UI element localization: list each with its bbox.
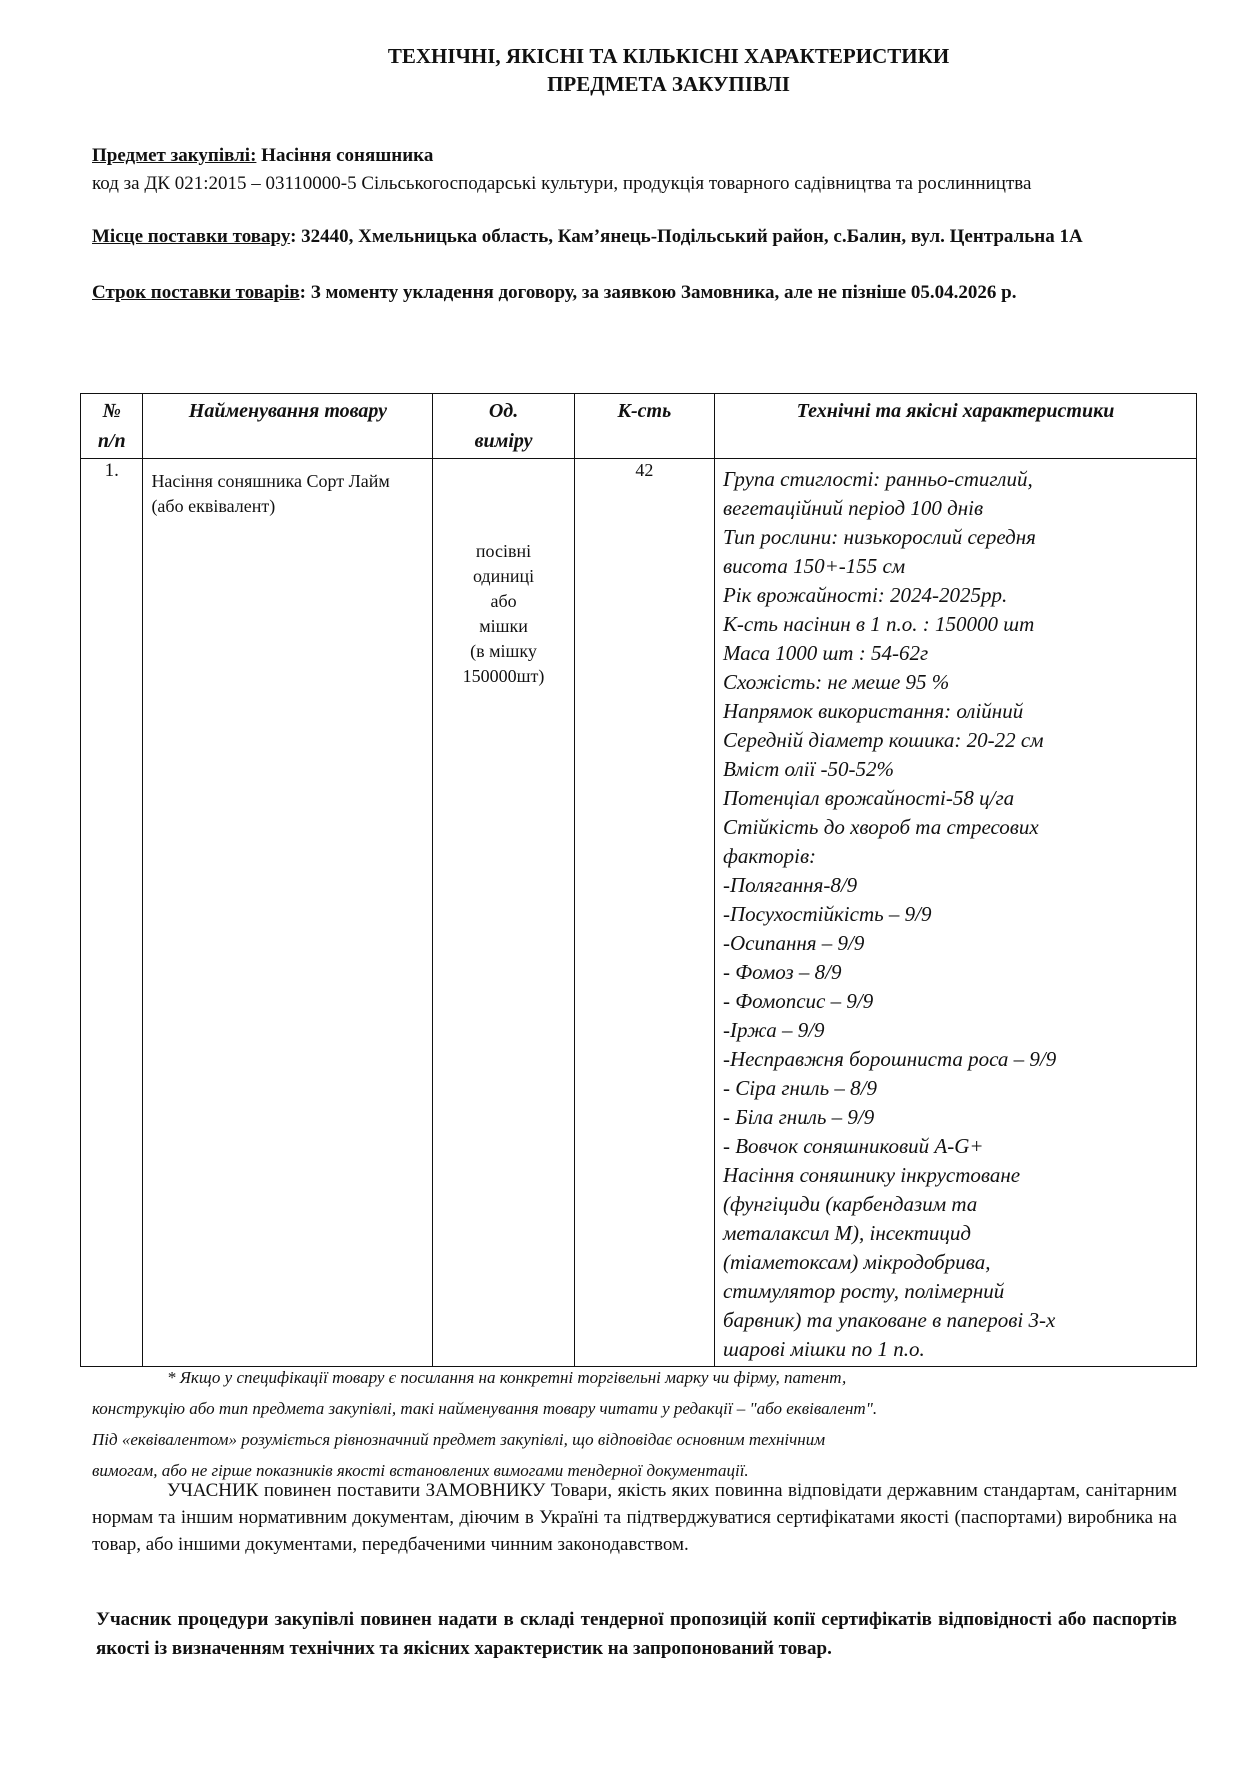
unit-line: або (434, 589, 572, 614)
unit-line: мішки (434, 614, 572, 639)
title-line-1: ТЕХНІЧНІ, ЯКІСНІ ТА КІЛЬКІСНІ ХАРАКТЕРИС… (80, 42, 1257, 70)
unit-of-measure: посівніодиниціабомішки(в мішку150000шт) (433, 459, 574, 1367)
spec-line: -Осипання – 9/9 (723, 929, 1190, 958)
spec-line: (тіаметоксам) мікродобрива, (723, 1248, 1190, 1277)
equivalent-footnote: * Якщо у специфікації товару є посилання… (92, 1362, 1182, 1486)
participant-requirements: УЧАСНИК повинен поставити ЗАМОВНИКУ Това… (92, 1477, 1177, 1558)
spec-line: стимулятор росту, полімерний (723, 1277, 1190, 1306)
row-number: 1. (81, 459, 143, 1367)
specification-table: № п/п Найменування товару Од. виміру К-с… (80, 393, 1197, 1367)
spec-line: Рік врожайності: 2024-2025рр. (723, 581, 1190, 610)
spec-line: (фунгіциди (карбендазим та (723, 1190, 1190, 1219)
spec-line: - Вовчок соняшниковий A-G+ (723, 1132, 1190, 1161)
spec-line: -Полягання-8/9 (723, 871, 1190, 900)
spec-line: Вміст олії -50-52% (723, 755, 1190, 784)
spec-line: -Іржа – 9/9 (723, 1016, 1190, 1045)
unit-line: 150000шт) (434, 664, 572, 689)
header-unit: Од. виміру (433, 394, 574, 459)
delivery-place-label: Місце поставки товару (92, 226, 290, 247)
footnote-line-1: * Якщо у специфікації товару є посилання… (92, 1362, 1182, 1393)
spec-line: Середній діаметр кошика: 20-22 см (723, 726, 1190, 755)
spec-line: Насіння соняшнику інкрустоване (723, 1161, 1190, 1190)
spec-line: факторів: (723, 842, 1190, 871)
specification-details: Група стиглості: ранньо-стиглий,вегетаці… (714, 459, 1196, 1367)
spec-line: Маса 1000 шт : 54-62г (723, 639, 1190, 668)
document-title: ТЕХНІЧНІ, ЯКІСНІ ТА КІЛЬКІСНІ ХАРАКТЕРИС… (0, 42, 1257, 98)
unit-line: посівні (434, 539, 572, 564)
spec-line: шарові мішки по 1 п.о. (723, 1335, 1190, 1364)
unit-line: одиниці (434, 564, 572, 589)
spec-line: висота 150+-155 см (723, 552, 1190, 581)
delivery-term-value: : З моменту укладення договору, за заявк… (300, 282, 1017, 303)
subject-label: Предмет закупівлі: (92, 145, 256, 166)
header-quantity: К-сть (574, 394, 714, 459)
spec-line: К-сть насінин в 1 п.о. : 150000 шт (723, 610, 1190, 639)
delivery-term-label: Строк поставки товарів (92, 282, 300, 303)
unit-line: (в мішку (434, 639, 572, 664)
table-row: 1. Насіння соняшника Сорт Лайм (або екві… (81, 459, 1197, 1367)
table-header-row: № п/п Найменування товару Од. виміру К-с… (81, 394, 1197, 459)
delivery-place: Місце поставки товару: 32440, Хмельницьк… (92, 223, 1177, 251)
quantity: 42 (574, 459, 714, 1367)
footnote-line-2: конструкцію або тип предмета закупівлі, … (92, 1393, 1182, 1424)
spec-line: металаксил М), інсектицид (723, 1219, 1190, 1248)
spec-line: барвник) та упаковане в паперові 3-х (723, 1306, 1190, 1335)
spec-line: Напрямок використання: олійний (723, 697, 1190, 726)
spec-line: Потенціал врожайності-58 ц/га (723, 784, 1190, 813)
spec-line: -Посухостійкість – 9/9 (723, 900, 1190, 929)
spec-line: - Фомоз – 8/9 (723, 958, 1190, 987)
spec-line: Стійкість до хвороб та стресових (723, 813, 1190, 842)
spec-line: -Несправжня борошниста роса – 9/9 (723, 1045, 1190, 1074)
subject-code: код за ДК 021:2015 – 03110000-5 Сільсько… (92, 170, 1167, 198)
procurement-subject: Предмет закупівлі: Насіння соняшника код… (92, 142, 1177, 198)
spec-line: - Сіра гниль – 8/9 (723, 1074, 1190, 1103)
delivery-place-value: : 32440, Хмельницька область, Кам’янець-… (290, 226, 1083, 247)
delivery-term: Строк поставки товарів: З моменту укладе… (92, 279, 1177, 307)
header-product-name: Найменування товару (143, 394, 433, 459)
spec-line: Тип рослини: низькорослий середня (723, 523, 1190, 552)
header-specification: Технічні та якісні характеристики (714, 394, 1196, 459)
spec-line: - Фомопсис – 9/9 (723, 987, 1190, 1016)
footnote-line-3: Під «еквівалентом» розуміється рівнознач… (92, 1424, 1182, 1455)
subject-value: Насіння соняшника (256, 145, 433, 166)
spec-line: - Біла гниль – 9/9 (723, 1103, 1190, 1132)
title-line-2: ПРЕДМЕТА ЗАКУПІВЛІ (80, 70, 1257, 98)
certificate-requirements: Учасник процедури закупівлі повинен нада… (96, 1605, 1177, 1663)
header-number: № п/п (81, 394, 143, 459)
spec-line: Схожість: не меше 95 % (723, 668, 1190, 697)
product-name: Насіння соняшника Сорт Лайм (або еквівал… (143, 459, 433, 1367)
spec-line: вегетаційний період 100 днів (723, 494, 1190, 523)
spec-line: Група стиглості: ранньо-стиглий, (723, 465, 1190, 494)
